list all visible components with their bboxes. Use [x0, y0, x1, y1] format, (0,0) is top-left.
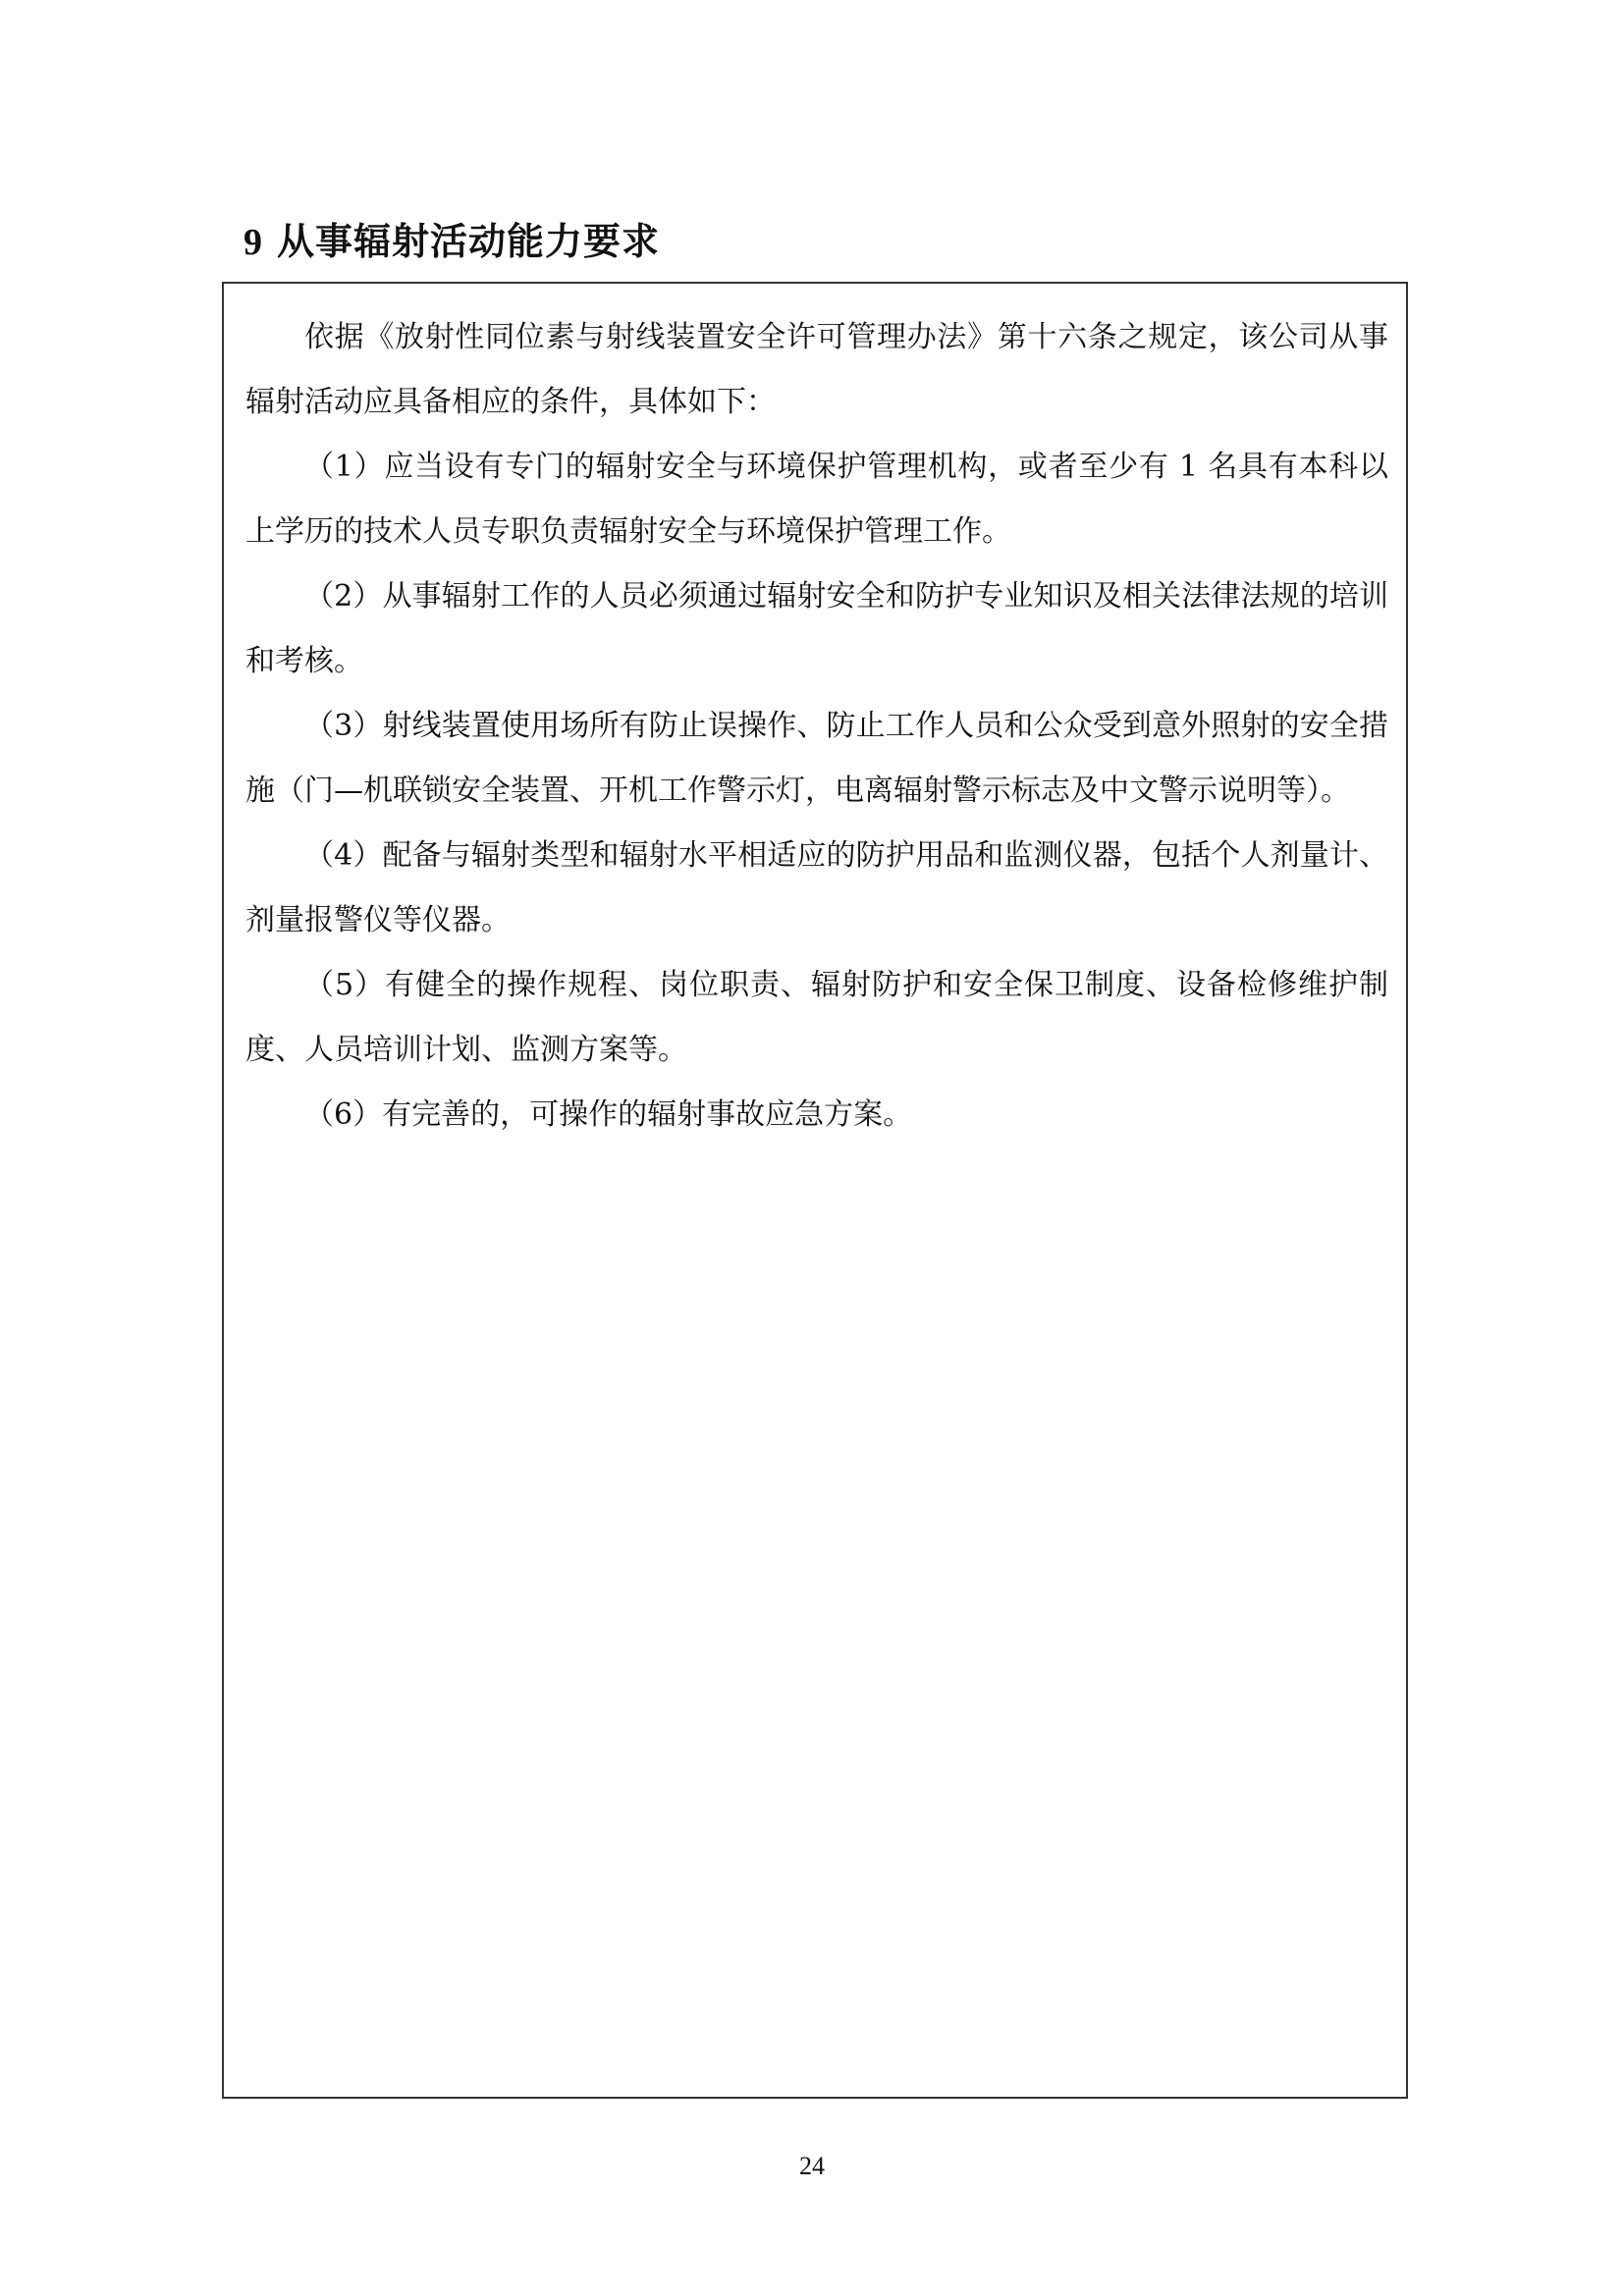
- requirement-item-4: （4）配备与辐射类型和辐射水平相适应的防护用品和监测仪器，包括个人剂量计、剂量报…: [245, 824, 1388, 953]
- requirement-item-3: （3）射线装置使用场所有防止误操作、防止工作人员和公众受到意外照射的安全措施（门…: [245, 694, 1388, 824]
- section-title: 9从事辐射活动能力要求: [244, 214, 660, 270]
- requirement-item-5: （5）有健全的操作规程、岗位职责、辐射防护和安全保卫制度、设备检修维护制度、人员…: [245, 953, 1388, 1083]
- page-number: 24: [0, 2152, 1624, 2181]
- intro-paragraph: 依据《放射性同位素与射线装置安全许可管理办法》第十六条之规定，该公司从事辐射活动…: [245, 305, 1388, 435]
- content-box: 依据《放射性同位素与射线装置安全许可管理办法》第十六条之规定，该公司从事辐射活动…: [222, 282, 1408, 2099]
- requirement-item-6: （6）有完善的，可操作的辐射事故应急方案。: [245, 1083, 1388, 1148]
- requirement-item-1: （1）应当设有专门的辐射安全与环境保护管理机构，或者至少有 1 名具有本科以上学…: [245, 435, 1388, 564]
- section-number: 9: [244, 222, 263, 263]
- section-title-text: 从事辐射活动能力要求: [277, 220, 660, 263]
- requirement-item-2: （2）从事辐射工作的人员必须通过辐射安全和防护专业知识及相关法律法规的培训和考核…: [245, 564, 1388, 694]
- content-body: 依据《放射性同位素与射线装置安全许可管理办法》第十六条之规定，该公司从事辐射活动…: [245, 305, 1388, 1148]
